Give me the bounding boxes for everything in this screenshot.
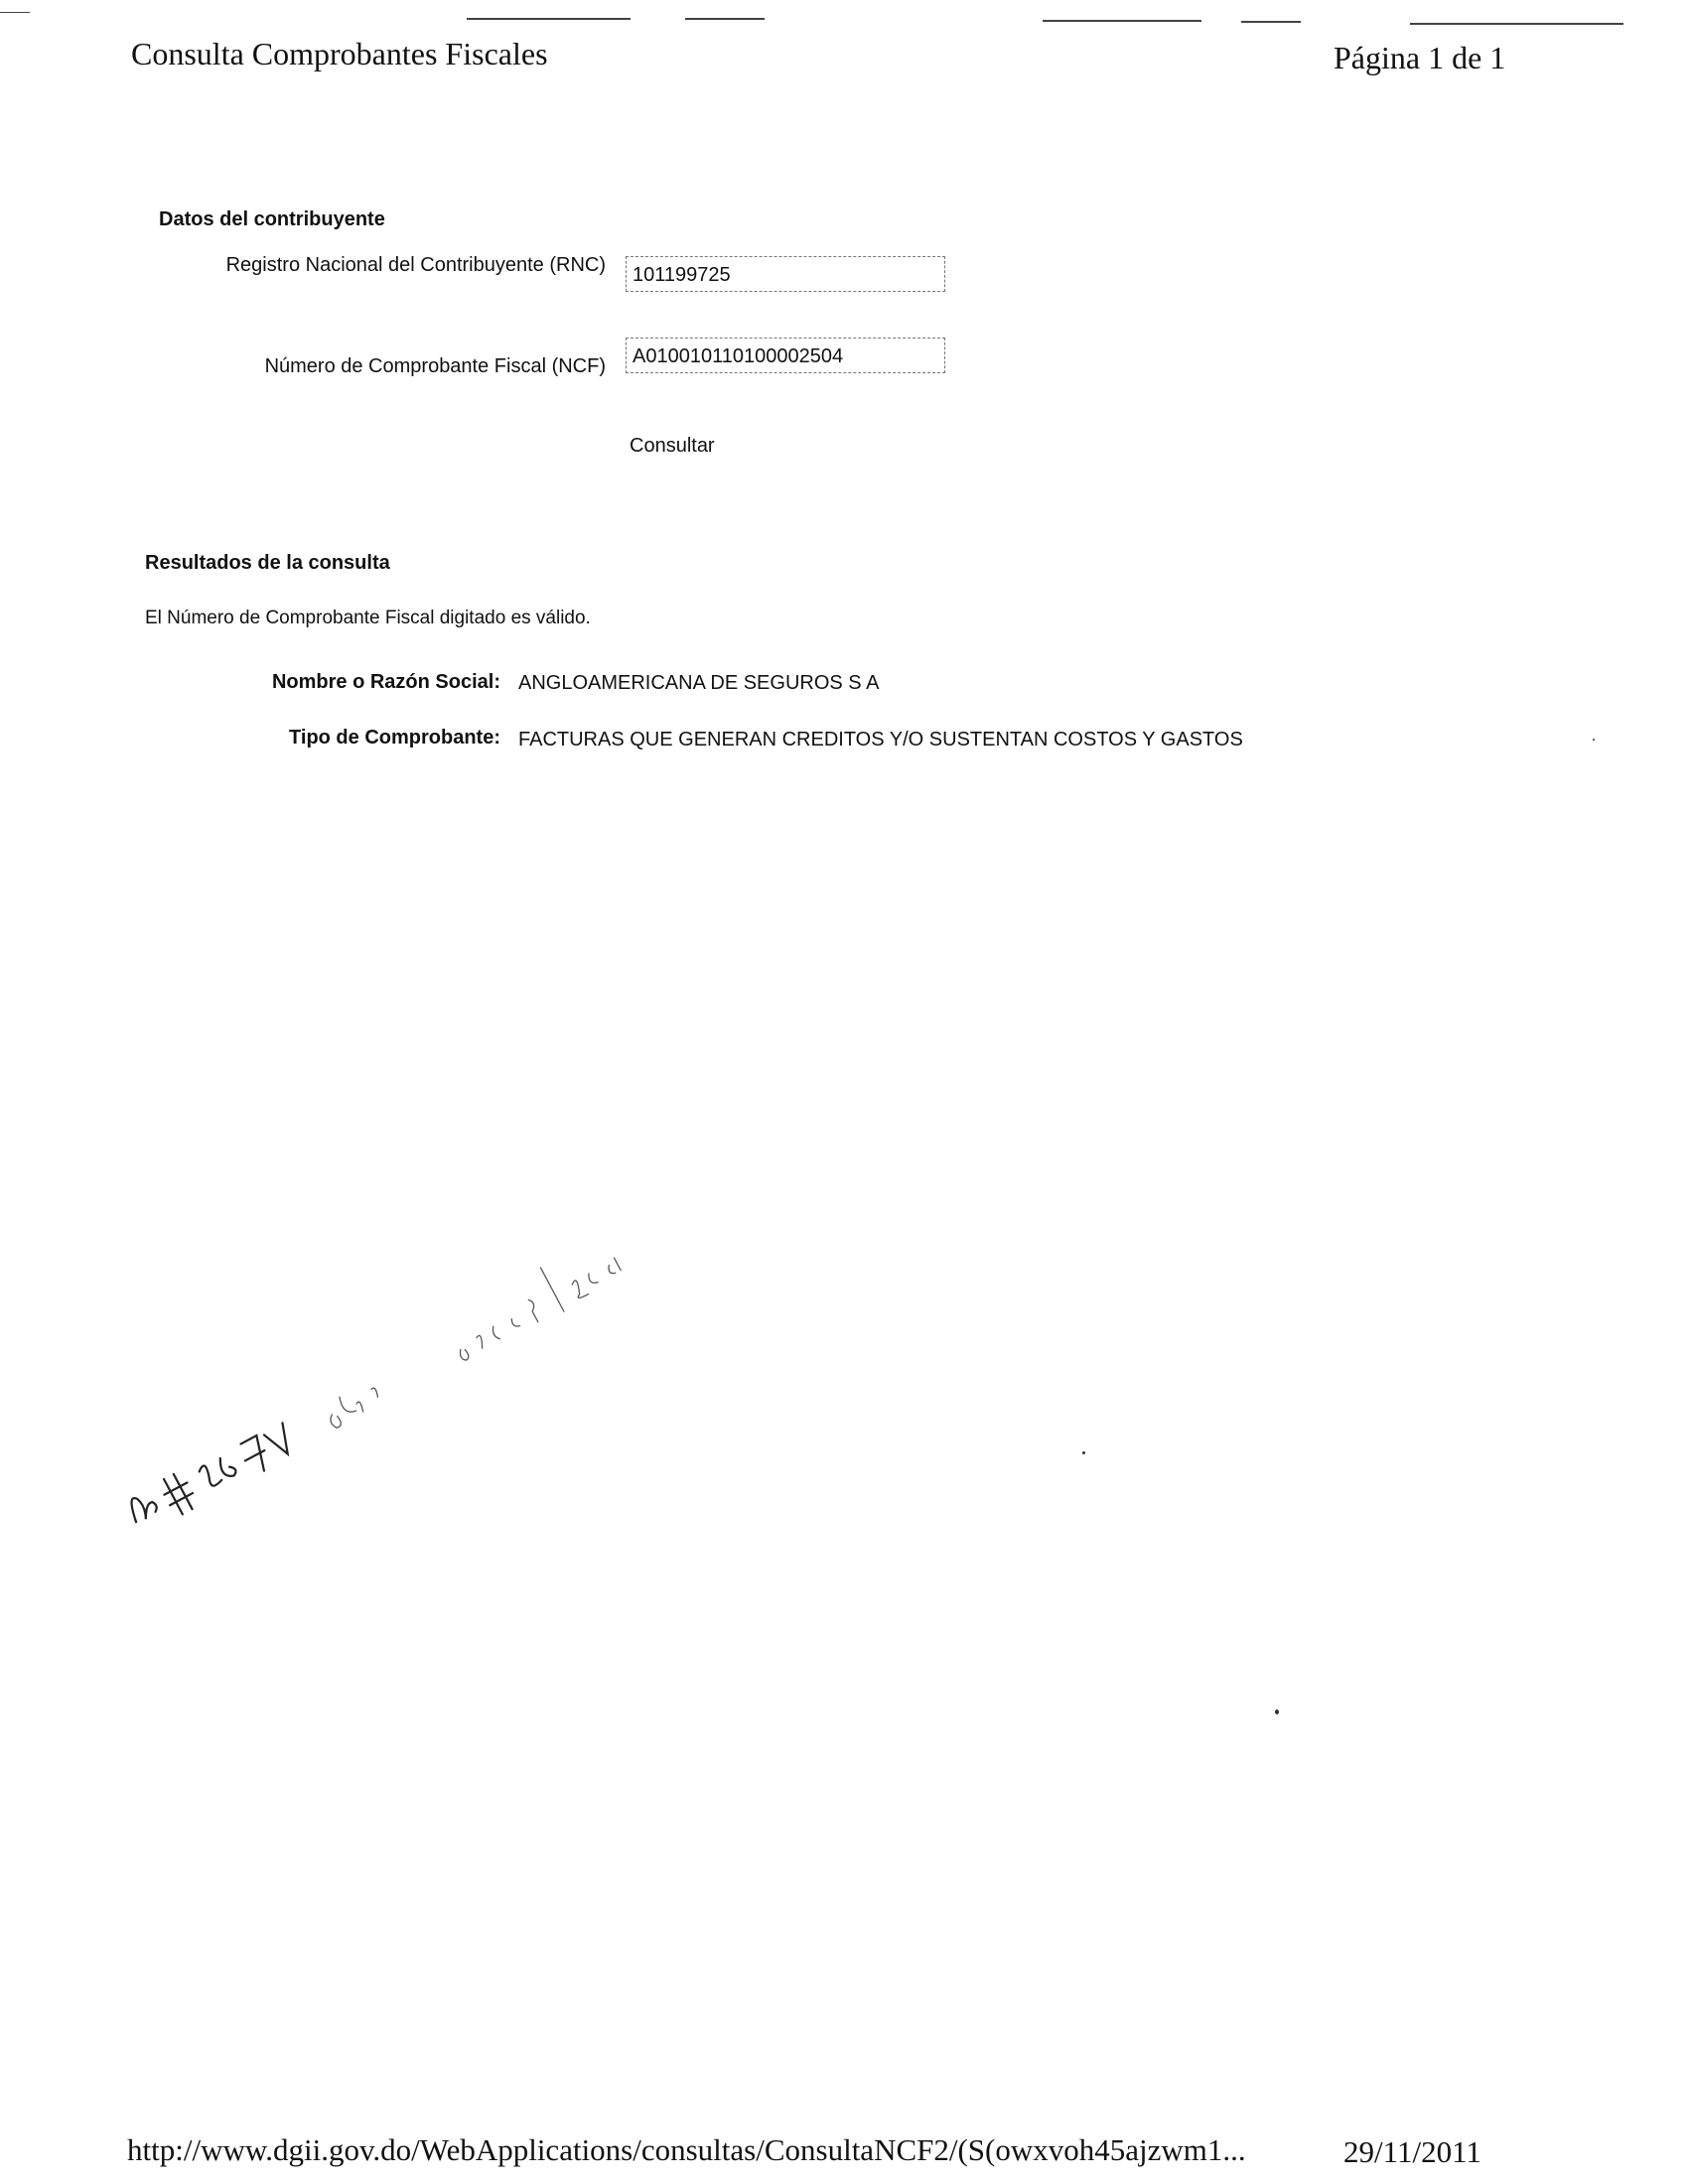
- tipo-comprobante-value: FACTURAS QUE GENERAN CREDITOS Y/O SUSTEN…: [518, 729, 1243, 751]
- razon-social-value: ANGLOAMERICANA DE SEGUROS S A: [518, 672, 879, 695]
- tipo-comprobante-label: Tipo de Comprobante:: [159, 727, 500, 750]
- ncf-input[interactable]: A010010110100002504: [626, 338, 945, 373]
- handwritten-annotation: [83, 1146, 700, 1549]
- page-indicator: Página 1 de 1: [1334, 40, 1505, 76]
- print-header-title: Consulta Comprobantes Fiscales: [131, 36, 548, 72]
- ncf-label: Número de Comprobante Fiscal (NCF): [149, 355, 606, 378]
- print-footer-url: http://www.dgii.gov.do/WebApplications/c…: [127, 2132, 1246, 2168]
- validation-message: El Número de Comprobante Fiscal digitado…: [145, 608, 591, 629]
- razon-social-label: Nombre o Razón Social:: [159, 671, 500, 694]
- print-footer-date: 29/11/2011: [1343, 2134, 1481, 2170]
- consultar-button[interactable]: Consultar: [630, 435, 715, 458]
- rnc-label: Registro Nacional del Contribuyente (RNC…: [149, 254, 606, 277]
- section-title-results: Resultados de la consulta: [145, 552, 390, 575]
- section-title-taxpayer: Datos del contribuyente: [159, 208, 385, 231]
- rnc-input[interactable]: 101199725: [626, 256, 945, 292]
